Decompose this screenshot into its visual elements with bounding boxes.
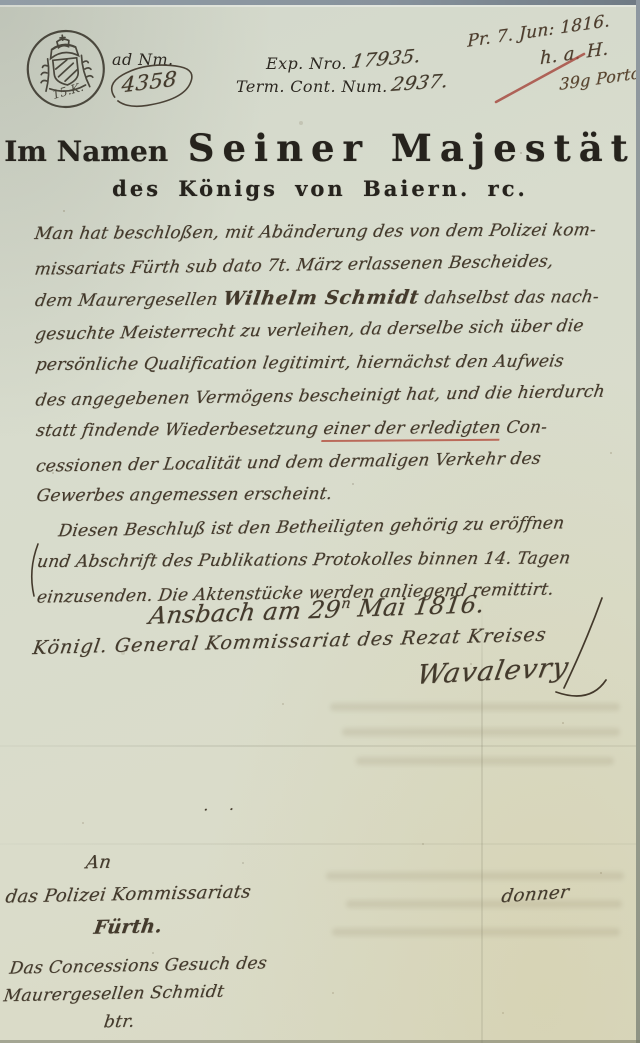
fold-crease-horizontal (0, 745, 640, 747)
heading-line1: Im Namen Seiner Majestät (0, 126, 640, 170)
crown-seal-icon: 15.K. (20, 23, 112, 115)
exp-number: 17935. (350, 45, 423, 73)
heading-im-namen: Im Namen (4, 135, 168, 168)
signature-flourish (520, 592, 630, 712)
name-wilhelm-schmidt: Wilhelm Schmidt (222, 286, 421, 309)
fold-crease-horizontal-2 (0, 843, 640, 845)
term-number: 2937. (390, 70, 451, 96)
address-city: Fürth. (92, 915, 163, 938)
ink-bleed-mark (356, 757, 614, 765)
address-an: An (85, 852, 113, 874)
official-stamp: 15.K. (20, 23, 113, 119)
stamp-value: 15.K. (51, 80, 85, 102)
heading-line2: des Königs von Baiern. rc. (0, 176, 640, 201)
dots-mark: . . (203, 796, 244, 815)
scan-edge-right (636, 0, 640, 1043)
scan-edge-top-highlight (0, 5, 640, 7)
red-pen-stroke (488, 40, 598, 110)
ink-bleed-mark (342, 728, 620, 736)
body-text: Man hat beschloßen, mit Abänderung des v… (35, 214, 624, 612)
office-line: Königl. General Kommissariat des Rezat K… (31, 623, 577, 659)
ink-bleed-mark (326, 872, 624, 880)
subject-line1: Das Concessions Gesuch des (8, 953, 268, 978)
subject-line2: Maurergesellen Schmidt (2, 982, 225, 1007)
ink-bleed-mark (346, 900, 622, 908)
term-label: Term. Cont. Num. (236, 77, 388, 96)
document-scan: 15.K. ad Nm. 4358 Exp. Nro. 17935. Term.… (0, 0, 640, 1043)
margin-stroke (24, 540, 42, 600)
ink-bleed-mark (332, 928, 620, 936)
address-office: das Polizei Kommissariats (4, 881, 252, 907)
heading-seiner-majestaet: Seiner Majestät (188, 126, 636, 170)
exp-label: Exp. Nro. (266, 54, 347, 73)
subject-abbrev: btr. (103, 1012, 136, 1033)
red-underlined-phrase: einer der erledigten (322, 418, 503, 442)
